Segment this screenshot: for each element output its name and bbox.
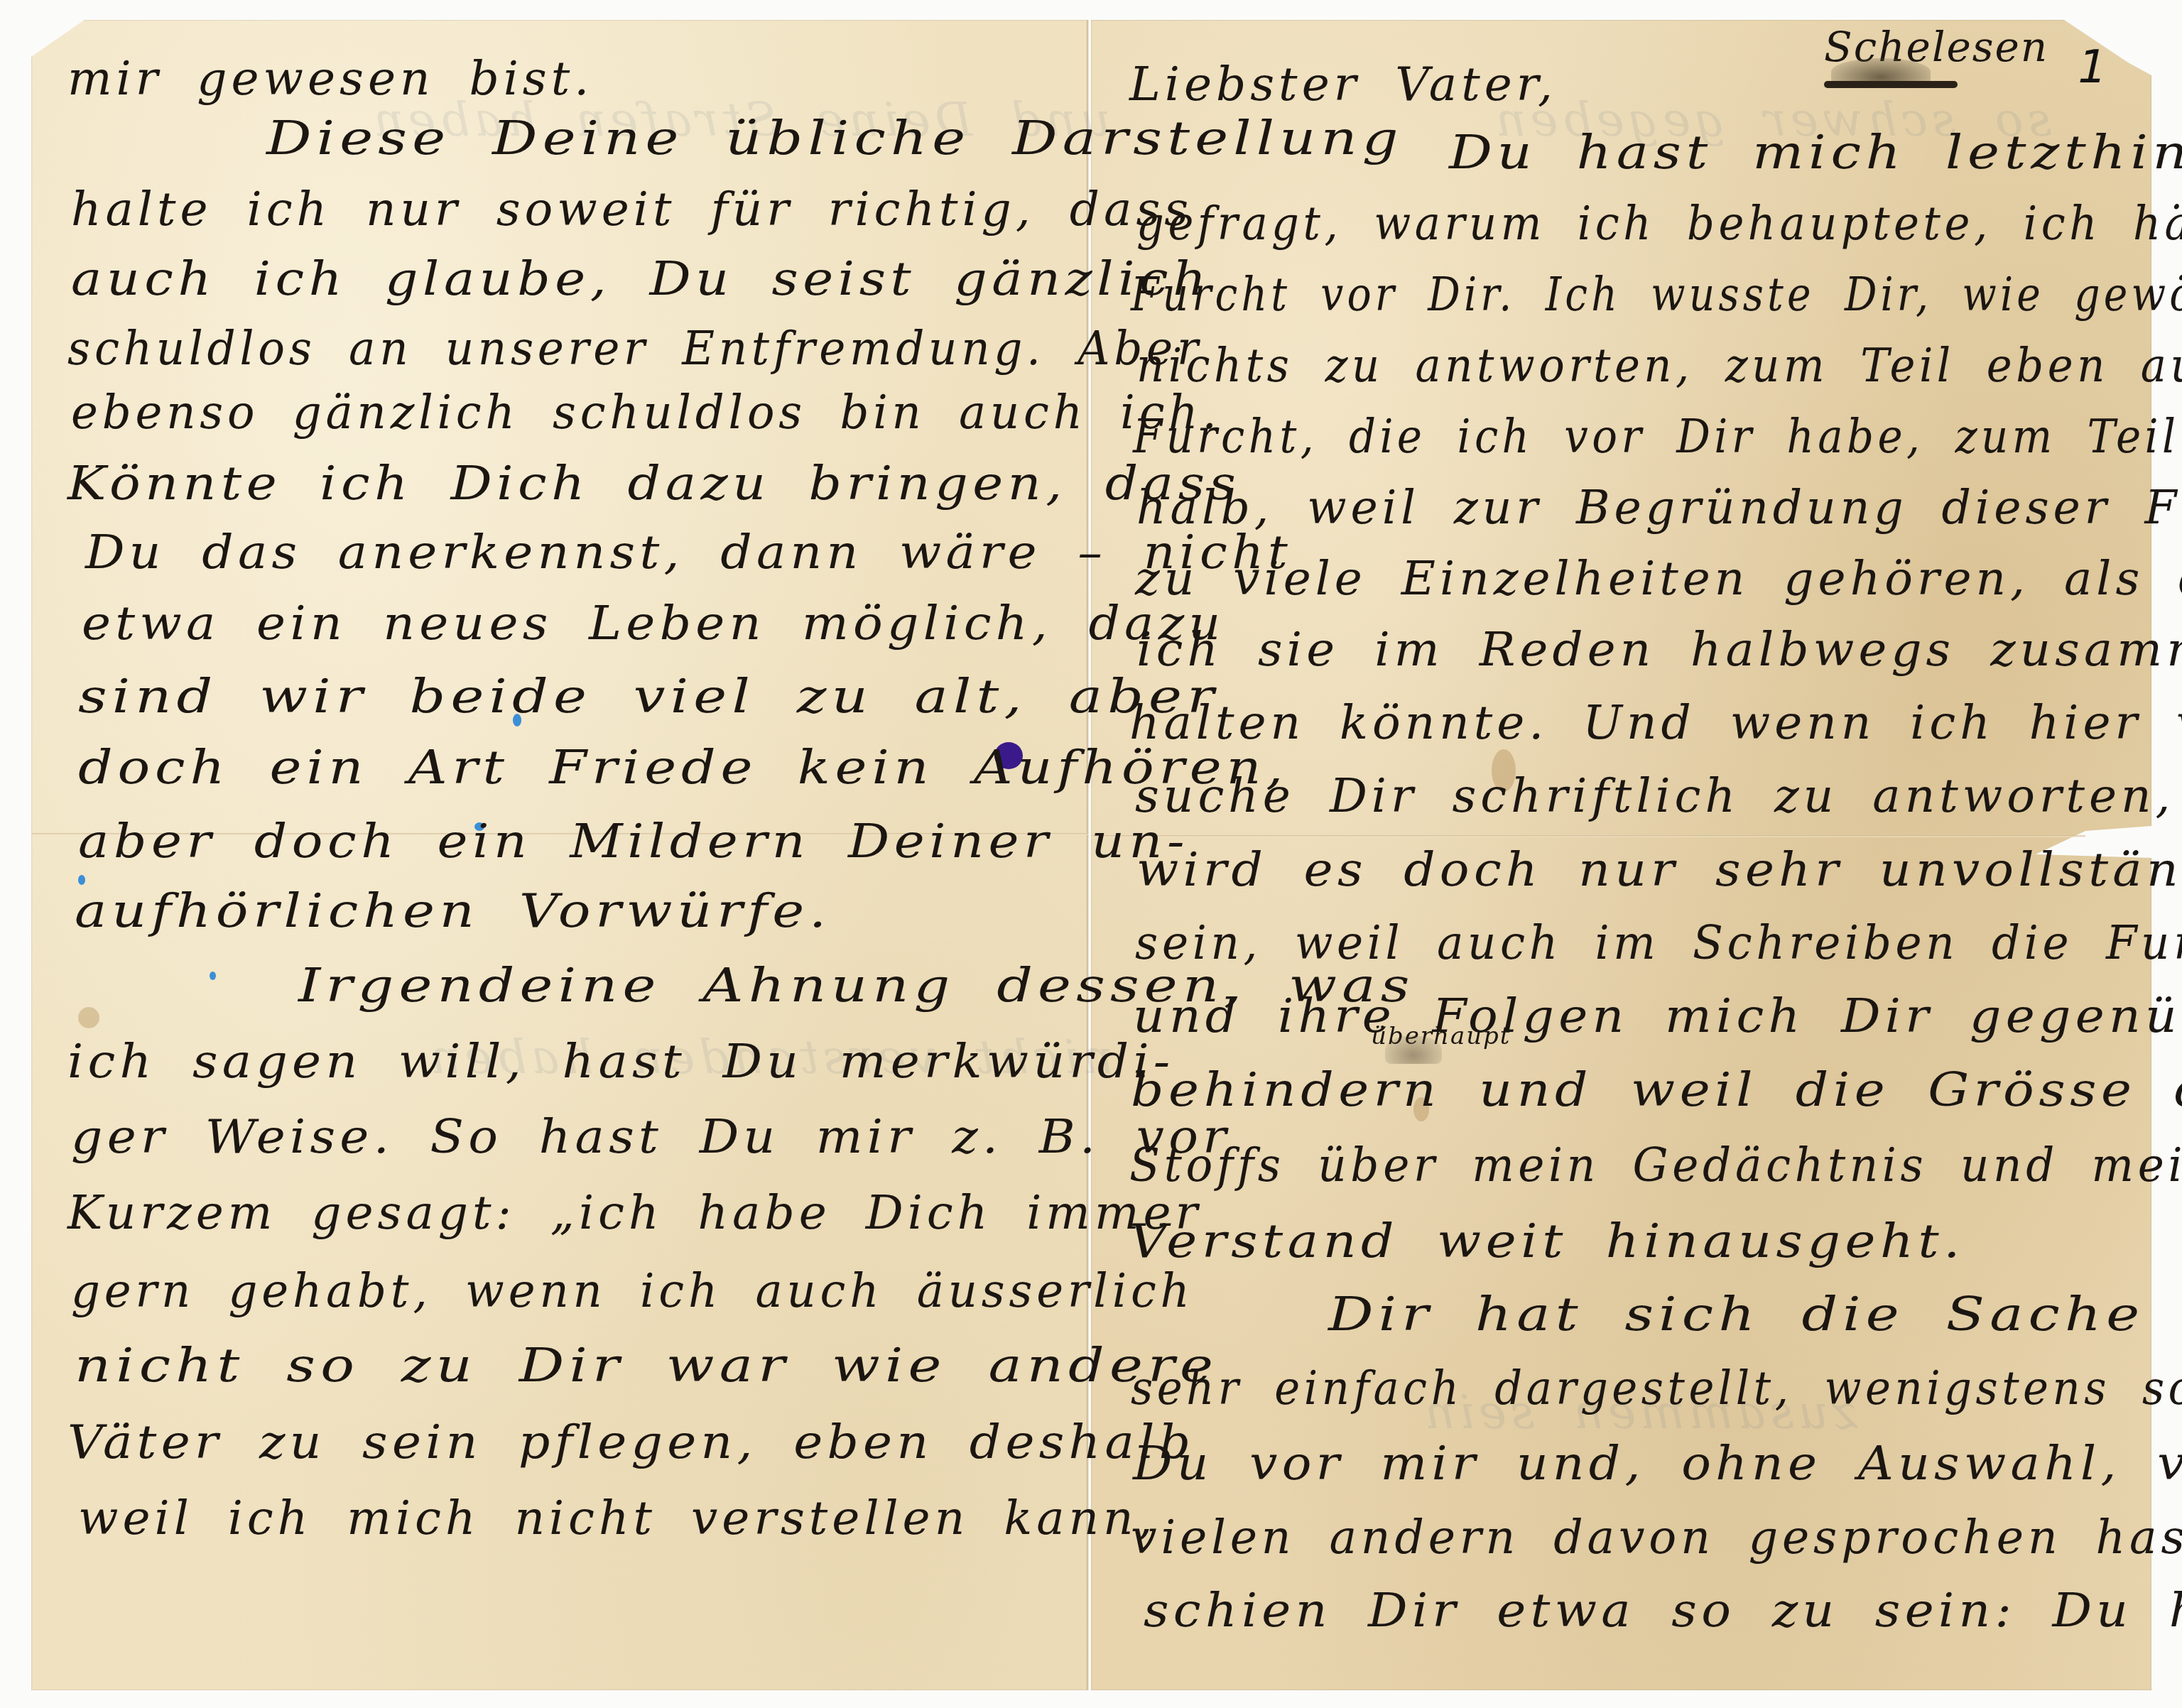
right-line: nichts zu antworten, zum Teil eben aus d… — [1136, 342, 2182, 389]
right-line: vielen andern davon gesprochen hast. Es — [1131, 1514, 2182, 1561]
left-line: ebenso gänzlich schuldlos bin auch ich. — [71, 389, 1221, 436]
left-line: doch ein Art Friede kein Aufhören, — [78, 744, 1288, 791]
left-line: schuldlos an unserer Entfremdung. Aber — [67, 325, 1203, 372]
right-line: halb, weil zur Begründung dieser Furcht — [1136, 484, 2182, 531]
right-line: wird es doch nur sehr unvollständig — [1136, 847, 2182, 893]
right-line: Stoffs über mein Gedächtnis und meinen — [1129, 1142, 2182, 1189]
left-line: mir gewesen bist. — [67, 55, 593, 102]
salutation: Liebster Vater, — [1129, 61, 1557, 108]
left-line: ger Weise. So hast Du mir z. B. vor — [71, 1114, 1231, 1160]
right-line: gefragt, warum ich behauptete, ich hätte — [1136, 200, 2182, 247]
left-line: Diese Deine übliche Darstellung — [266, 115, 1404, 162]
blue-ink-spot — [210, 972, 216, 980]
right-line: Du vor mir und, ohne Auswahl, vor — [1133, 1440, 2182, 1487]
left-line: nicht so zu Dir war wie andere — [75, 1342, 1218, 1389]
right-line: Furcht, die ich vor Dir habe, zum Teil d… — [1133, 413, 2182, 460]
right-line: ich sie im Reden halbwegs zusammen- — [1136, 626, 2182, 673]
left-line: aufhörlichen Vorwürfe. — [75, 888, 831, 935]
right-horizontal-fold — [1091, 835, 2085, 837]
right-line: sehr einfach dargestellt, wenigstens sow… — [1131, 1365, 2182, 1412]
left-line: Kurzem gesagt: „ich habe Dich immer — [67, 1190, 1202, 1236]
paper-stain — [78, 1007, 99, 1028]
left-line: etwa ein neues Leben möglich, dazu — [82, 600, 1225, 647]
right-line: und ihre Folgen mich Dir gegenüber — [1133, 993, 2182, 1040]
left-line: aber doch ein Mildern Deiner un- — [78, 818, 1189, 865]
left-line: Väter zu sein pflegen, eben deshalb — [67, 1419, 1195, 1466]
ink-smear — [1385, 1035, 1442, 1064]
left-line: auch ich glaube, Du seist gänzlich — [71, 256, 1211, 303]
right-line: suche Dir schriftlich zu antworten, so — [1135, 773, 2182, 820]
left-line: sind wir beide viel zu alt, aber — [78, 673, 1219, 720]
place-note-underline — [1824, 81, 1958, 88]
right-line: behindern und weil die Grösse des — [1131, 1067, 2182, 1114]
left-line: halte ich nur soweit für richtig, dass — [71, 186, 1193, 233]
right-line: halten könnte. Und wenn ich hier ver- — [1129, 700, 2182, 746]
right-line: zu viele Einzelheiten gehören, als dass — [1135, 555, 2182, 602]
right-line: sein, weil auch im Schreiben die Furcht — [1135, 920, 2182, 967]
left-line: Du das anerkennst, dann wäre – nicht — [85, 529, 1292, 576]
right-line: schien Dir etwa so zu sein: Du hast — [1144, 1587, 2182, 1634]
right-line: Verstand weit hinausgeht. — [1129, 1218, 1965, 1265]
left-line: gern gehabt, wenn ich auch äusserlich — [71, 1268, 1194, 1315]
left-line: weil ich mich nicht verstellen kann, — [78, 1495, 1156, 1542]
left-line: Könnte ich Dich dazu bringen, dass — [67, 460, 1240, 507]
left-line: ich sagen will, hast Du merkwürdi- — [67, 1038, 1175, 1085]
right-line: Du hast mich letzthin einmal — [1449, 129, 2182, 176]
right-line: Dir hat sich die Sache immer — [1328, 1291, 2182, 1338]
right-line: Furcht vor Dir. Ich wusste Dir, wie gewö… — [1131, 271, 2182, 318]
